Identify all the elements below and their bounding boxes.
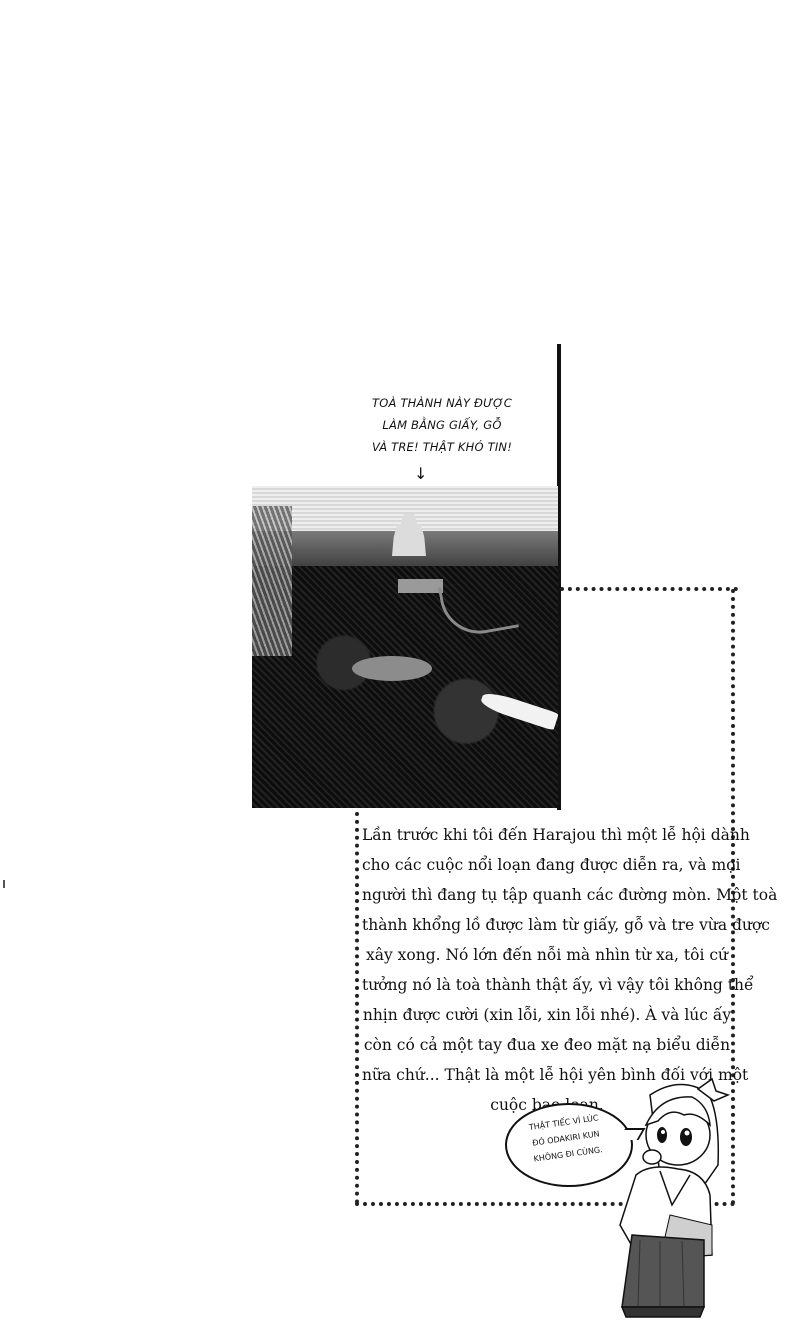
photo-pond <box>352 656 432 681</box>
caption-line: VÀ TRE! THẬT KHÓ TIN! <box>362 436 522 458</box>
essay-line: còn có cả một tay đua xe đeo mặt nạ biểu… <box>362 1030 732 1060</box>
chibi-character-illustration <box>600 1075 750 1325</box>
arrow-down-icon: ↓ <box>414 466 427 482</box>
essay-line: tưởng nó là toà thành thật ấy, vì vậy tô… <box>362 970 732 1000</box>
castle-photo <box>252 486 558 808</box>
essay-line: người thì đang tụ tập quanh các đường mò… <box>362 880 732 910</box>
essay-line: xây xong. Nó lớn đến nỗi mà nhìn từ xa, … <box>362 940 732 970</box>
caption-line: TOÀ THÀNH NÀY ĐƯỢC <box>362 392 522 414</box>
essay-line: Lần trước khi tôi đến Harajou thì một lễ… <box>362 820 732 850</box>
caption-line: LÀM BẰNG GIẤY, GỖ <box>362 414 522 436</box>
essay-line: thành khổng lồ được làm từ giấy, gỗ và t… <box>362 910 732 940</box>
photo-tree <box>252 506 292 656</box>
dotted-frame-top <box>560 587 738 591</box>
photo-gate <box>398 579 443 593</box>
margin-mark <box>3 880 5 888</box>
essay-line: nhịn được cười (xin lỗi, xin lỗi nhé). À… <box>362 1000 732 1030</box>
photo-caption: TOÀ THÀNH NÀY ĐƯỢC LÀM BẰNG GIẤY, GỖ VÀ … <box>362 392 522 458</box>
dotted-frame-left <box>355 812 359 1204</box>
essay-line: cho các cuộc nổi loạn đang được diễn ra,… <box>362 850 732 880</box>
